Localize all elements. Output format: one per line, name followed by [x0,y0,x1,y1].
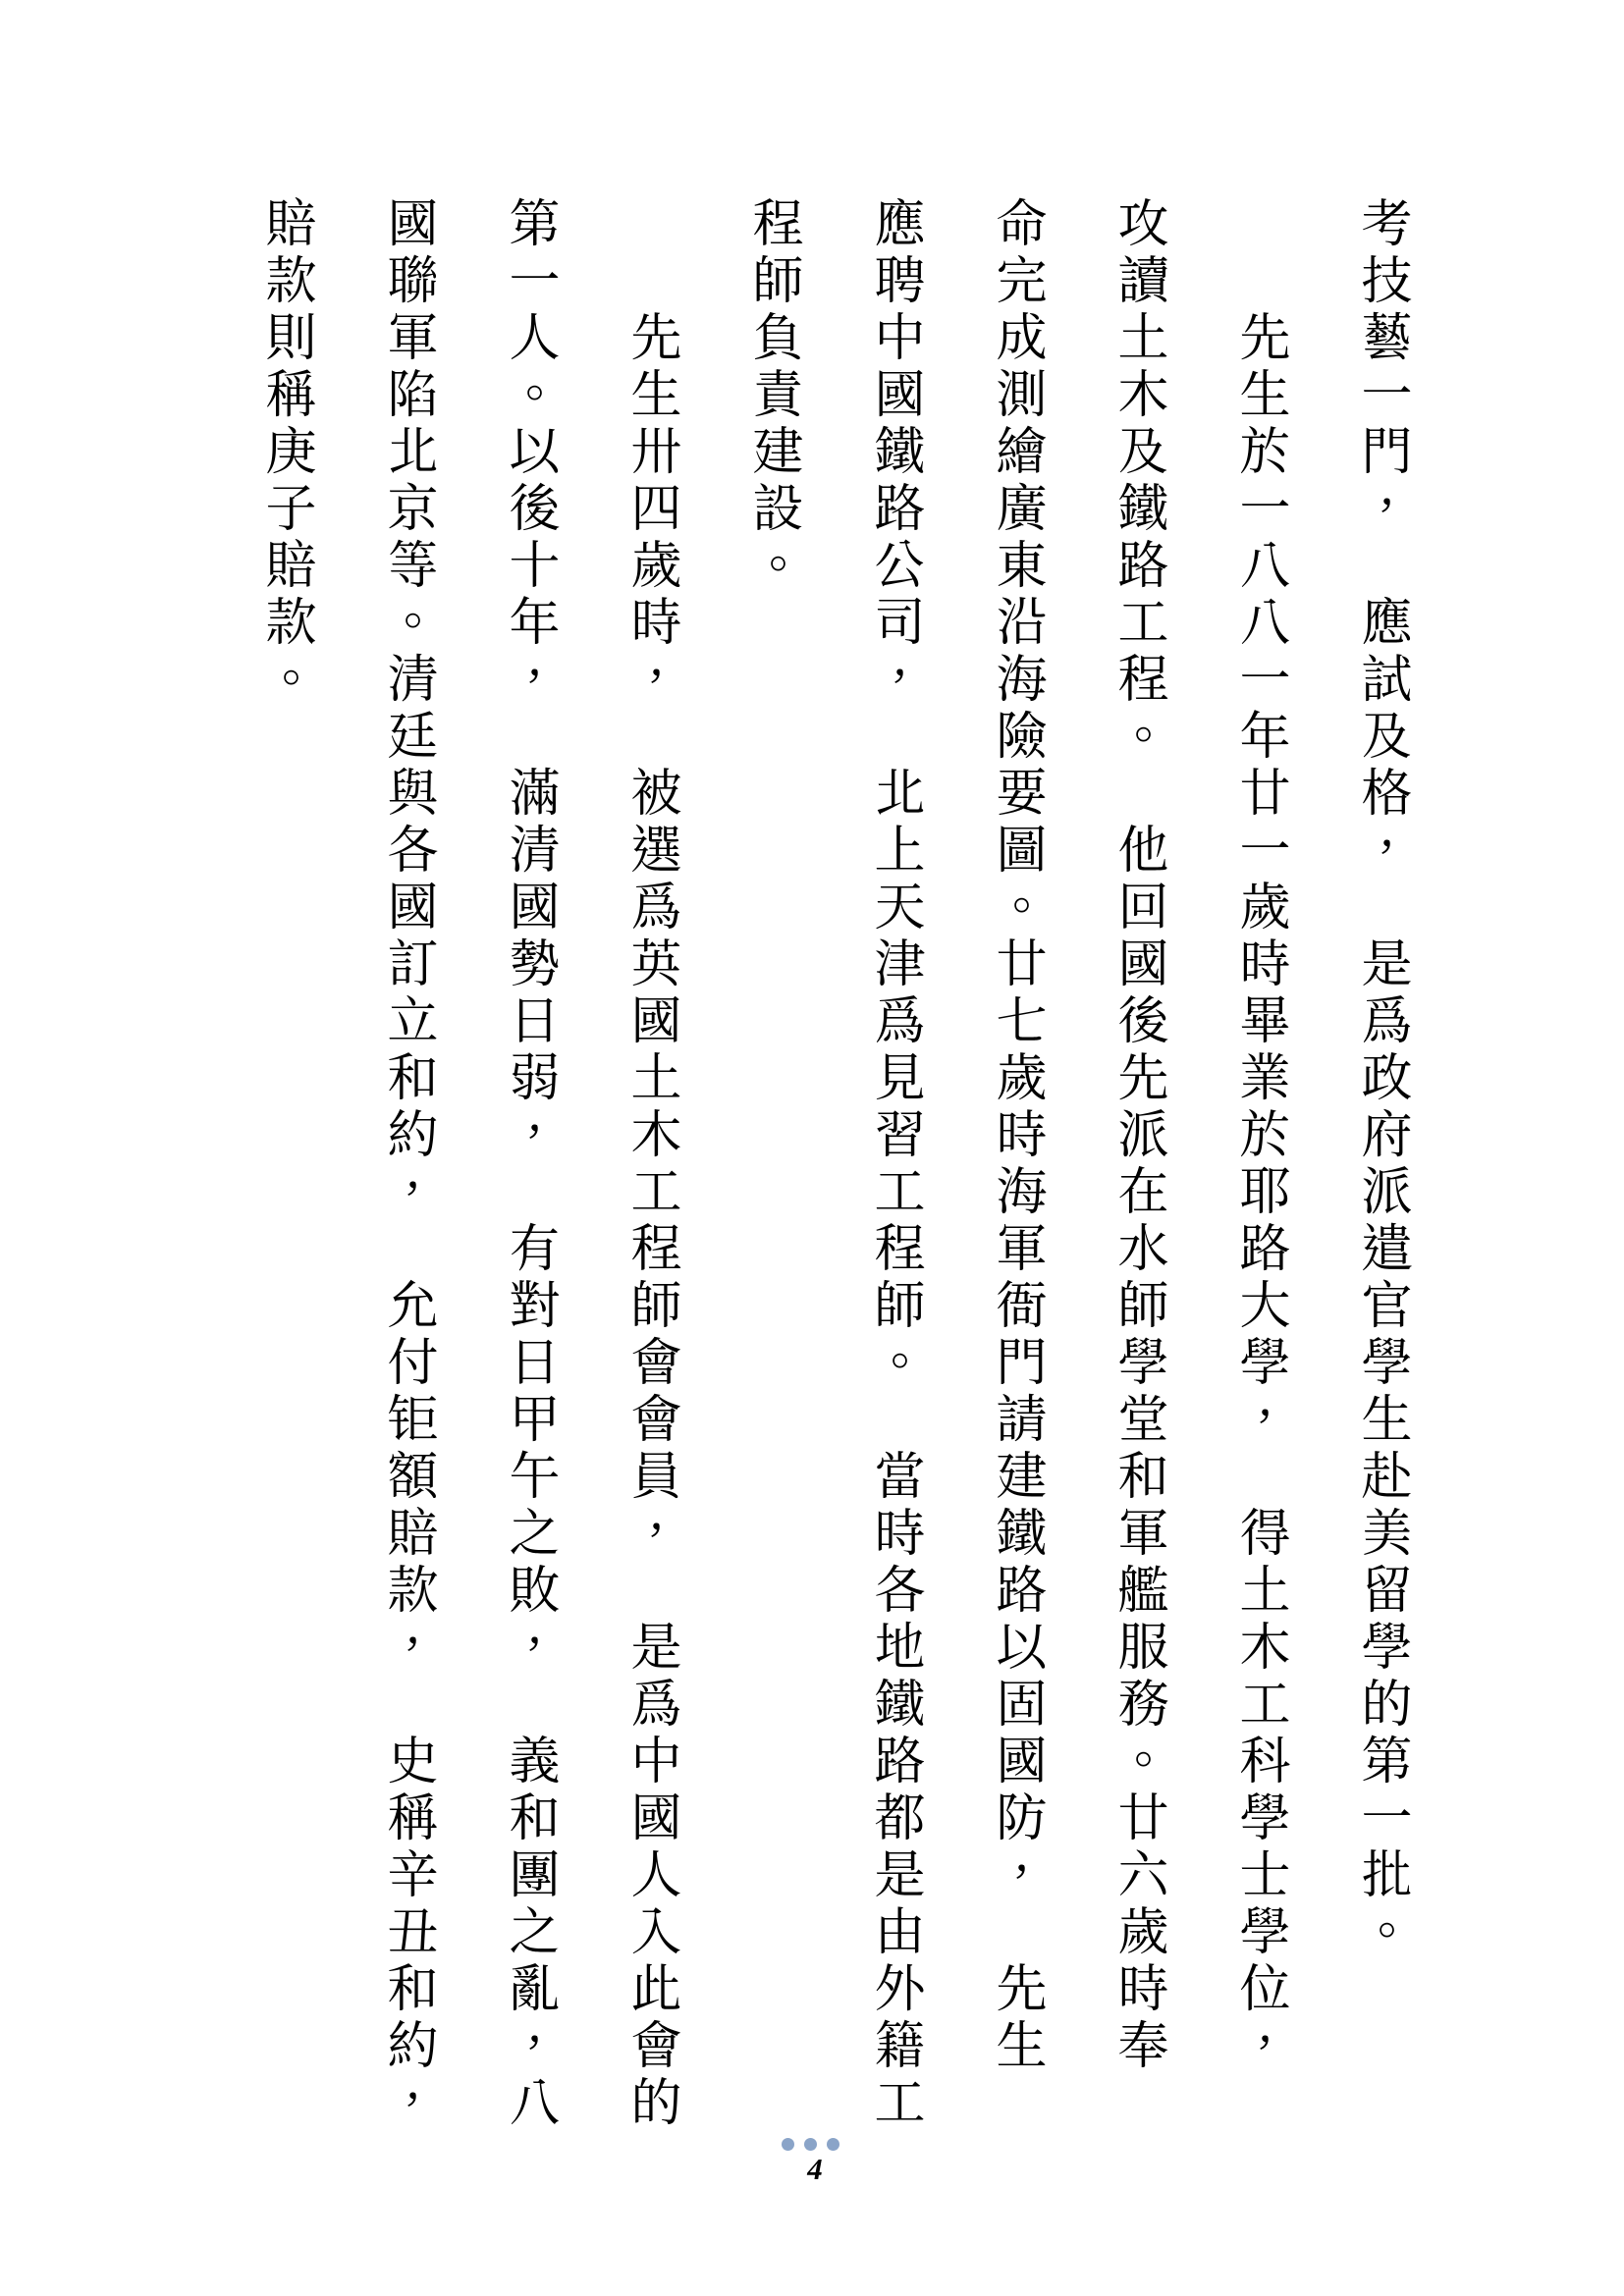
text-column-9: 國聯軍陷北京等。清廷與各國訂立和約， 允付钜額賠款， 史稱辛丑和約， [378,196,437,2155]
text-column-7: 先生卅四歲時， 被選爲英國土木工程師會會員， 是爲中國人入此會的 [622,310,680,2155]
text-column-4: 命完成測繪廣東沿海險要圖。廿七歲時海軍衙門請建鐵路以固國防， 先生 [987,196,1046,2155]
footer-dot [804,2138,817,2151]
book-page: 考技藝一門， 應試及格， 是爲政府派遣官學生赴美留學的第一批。 先生於一八八一年… [0,0,1624,2296]
text-column-2: 先生於一八八一年廿一歲時畢業於耶路大學， 得土木工科學士學位， [1230,310,1289,2155]
page-number: 4 [756,2152,874,2187]
text-column-5: 應聘中國鐵路公司， 北上天津爲見習工程師。 當時各地鐵路都是由外籍工 [865,196,924,2155]
text-column-1: 考技藝一門， 應試及格， 是爲政府派遣官學生赴美留學的第一批。 [1352,196,1411,2155]
text-column-6: 程師負責建設。 [743,196,802,2155]
footer-dot [782,2138,794,2151]
text-column-3: 攻讀土木及鐵路工程。 他回國後先派在水師學堂和軍艦服務。廿六歲時奉 [1109,196,1167,2155]
footer-dot [827,2138,839,2151]
text-column-8: 第一人。以後十年， 滿清國勢日弱， 有對日甲午之敗， 義和團之亂，八 [500,196,559,2155]
text-column-10: 賠款則稱庚子賠款。 [256,196,315,2155]
footer-separator-dots [775,2138,845,2151]
